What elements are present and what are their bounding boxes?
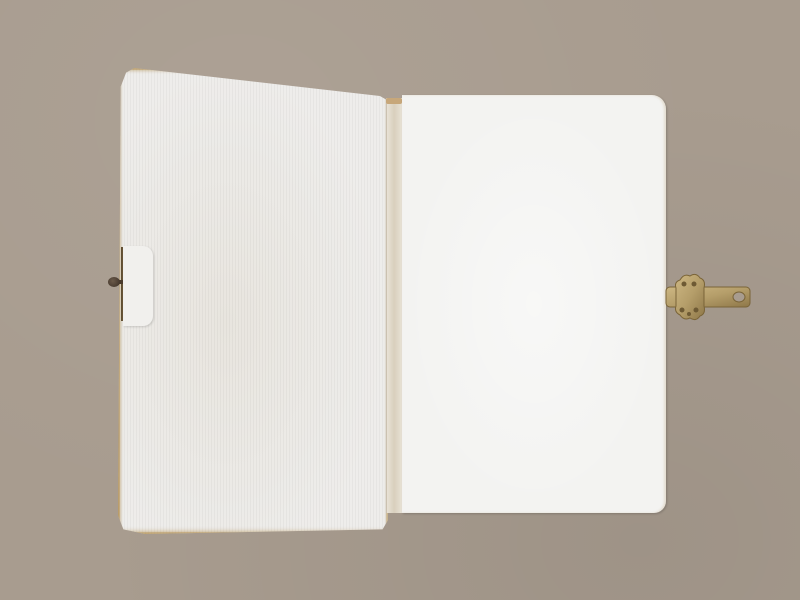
clasp-pin-icon — [108, 277, 120, 287]
brass-clasp-icon — [662, 270, 752, 322]
left-inner-cover — [118, 68, 388, 534]
photo-scene — [0, 0, 800, 600]
spine-top-stain — [386, 98, 402, 104]
right-blank-page — [402, 95, 666, 513]
clasp-paper-tab — [123, 246, 153, 326]
